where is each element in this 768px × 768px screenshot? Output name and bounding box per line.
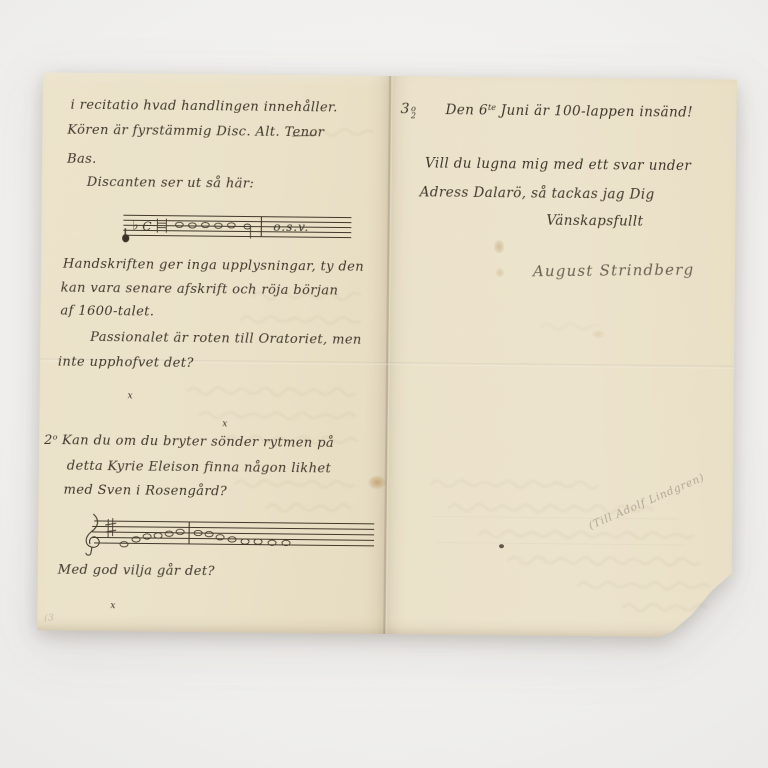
handwritten-line: Adress Dalarö, så tackas jag Dig bbox=[420, 185, 655, 202]
ink-x-mark: x bbox=[128, 391, 133, 401]
handwritten-line: Passionalet är roten till Oratoriet, men bbox=[90, 331, 362, 348]
ordinal-sub: 2 bbox=[411, 112, 417, 119]
signature-august-strindberg: August Strindberg bbox=[533, 262, 695, 280]
ink-x-mark: x bbox=[110, 601, 115, 611]
handwritten-line: Bas. bbox=[67, 153, 97, 168]
question-text: Kan du om du bryter sönder rytmen på bbox=[57, 433, 334, 451]
ordinal-digit: 2 bbox=[44, 433, 53, 448]
handwritten-line: med Sven i Rosengård? bbox=[63, 484, 227, 500]
date-text: Den 6 bbox=[445, 102, 488, 118]
ink-blot bbox=[122, 234, 129, 242]
handwritten-line: Med god vilja går det? bbox=[58, 564, 215, 580]
handwritten-line: inte upphofvet det? bbox=[58, 356, 194, 372]
handwritten-line: kan vara senare afskrift och röja början bbox=[61, 282, 339, 299]
ink-x-mark: x bbox=[222, 419, 227, 429]
flat-sign: ♭ bbox=[132, 218, 138, 233]
handwritten-line: i recitatio hvad handlingen innehåller. bbox=[71, 99, 338, 116]
handwritten-line: Vänskapsfullt bbox=[546, 214, 643, 230]
treble-clef-icon bbox=[86, 514, 100, 555]
handwritten-line: af 1600-talet. bbox=[60, 305, 154, 320]
handwritten-line: detta Kyrie Eleison finna någon likhet bbox=[67, 460, 331, 477]
handwritten-line: Discanten ser ut så här: bbox=[87, 176, 255, 192]
photo-background: { "document": { "type": "Handwritten two… bbox=[0, 0, 768, 768]
handwritten-line: Den 6te Juni är 100-lappen insänd! bbox=[445, 103, 693, 121]
ordinal-digit: 3 bbox=[400, 101, 409, 117]
music-staff-1: ♭ C o.s.v. bbox=[121, 207, 353, 247]
handwritten-line: Kören är fyrstämmig Disc. Alt. Tenor bbox=[67, 124, 324, 141]
time-signature: C bbox=[142, 219, 151, 233]
date-text-rest: Juni är 100-lappen insänd! bbox=[496, 103, 693, 121]
ordinal-marker: 3o2 bbox=[400, 102, 416, 119]
handwritten-line: Vill du lugna mig med ett svar under bbox=[425, 156, 691, 174]
handwritten-line: 2o Kan du om du bryter sönder rytmen på bbox=[44, 433, 334, 451]
pencil-corner-mark: (3 bbox=[44, 614, 55, 624]
music-staff-2 bbox=[78, 511, 378, 560]
osv-abbreviation: o.s.v. bbox=[273, 220, 309, 234]
letter-sheet: i recitatio hvad handlingen innehåller. … bbox=[37, 72, 737, 637]
